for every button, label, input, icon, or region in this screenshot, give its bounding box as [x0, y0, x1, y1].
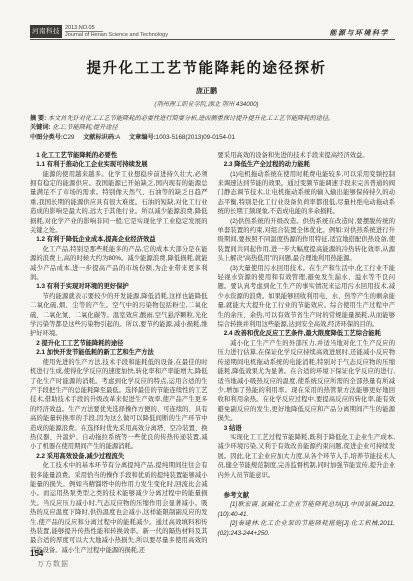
- left-column: 1 化工工艺节能降耗的必要性1.1 有利于推动化工企业实现可持续发展能源的使用越…: [30, 151, 208, 555]
- page-number: 154: [30, 549, 69, 558]
- journal-page: 河南科技 2013.NO.05 Journal of Henan Science…: [0, 0, 413, 581]
- section-heading: 2.2 采用高效设备,减少过程流失: [30, 452, 208, 461]
- journal-logo: 河南科技: [30, 25, 62, 38]
- section-heading: 1.3 有利于实现对环境的更好保护: [30, 282, 208, 291]
- paragraph: 化工产品,特别是那些耗能多的产品,它的成本大部分是在能源的浪费上,高的时候大约为…: [30, 245, 208, 283]
- doc-code-pair: 文献标识码:A: [83, 134, 120, 141]
- paragraph: 化工技术中的基本环节有分离提纯产品,提纯期间往往会有很多能量浪费。采用恰当的操作…: [30, 461, 208, 555]
- references-heading: 参考文献: [218, 491, 396, 500]
- issue-number: 2013.NO.05: [65, 25, 103, 32]
- article-author: 庞正鹏: [0, 86, 413, 96]
- section-heading: 1.1 有利于推动化工企业实现可持续发展: [30, 160, 208, 169]
- clc-value: C29: [63, 134, 74, 141]
- paragraph: 使用先进的生产方法,技术手段和能耗低的设备,在最佳的时机进行生成,使得化学反应的…: [30, 358, 208, 452]
- journal-issue-block: 2013.NO.05 Journal of Henan Science and …: [65, 25, 168, 38]
- paragraph: 能源的使用越来越多。化学工业想稳步前进持久壮大,必须拥有稳定的能源供应。我国能源…: [30, 170, 208, 236]
- section-heading: 2.1 加快开发节能低耗的新工艺和生产方法: [30, 348, 208, 357]
- classification-line: 中图分类号:C29 文献标识码:A 文章编号:1003-5168(2013)09…: [30, 133, 395, 142]
- doc-code-value: A: [116, 134, 120, 141]
- section-heading: 2.4 改善和优化反应工艺条件,最大限度降低工艺综合能耗: [218, 329, 396, 338]
- article-no-label: 文章编号:: [129, 134, 156, 141]
- paragraph: (2)供热系统的升级改造。供热系统在改造时,要摆脱传统的单套装置的约束,对组合装…: [218, 217, 396, 264]
- reference-item: [2]秦建林.化工企业泵的节能降耗措施[J].化工机械,2011,(02):24…: [218, 519, 396, 538]
- journal-header: 河南科技 2013.NO.05 Journal of Henan Science…: [30, 25, 395, 40]
- reference-item: [1]耿宏霞.氯碱化工企业节能降耗总结[J].中国氯碱,2012,(10):40…: [218, 500, 396, 519]
- page-footer: 154 万方数据: [30, 549, 69, 569]
- paragraph: 实现化工工艺过程节能降耗,既利于降低化工企业生产成本,减少环境污染,又利于有效改…: [218, 433, 396, 480]
- paragraph: 减小化工生产产生的外部压力,并适当地对化工生产反应的压力进行估算,在保证化学反应…: [218, 339, 396, 424]
- article-meta: 摘 要: 本文首先针对化工工艺节能降耗的必要性进行简要分析,进而侧重探讨提升提升…: [30, 114, 395, 142]
- article-affiliation: (荆州理工职业学院,湖北 荆州 434000): [0, 99, 413, 108]
- abstract-line: 摘 要: 本文首先针对化工工艺节能降耗的必要性进行简要分析,进而侧重探讨提升提升…: [30, 114, 395, 123]
- paragraph: (3)大量使用污水回用技术。在生产和生活中,化工行业不能轻视水资源的使用和有效管…: [218, 264, 396, 330]
- article-title: 提升化工工艺节能降耗的途径探析: [0, 57, 413, 78]
- journal-name-en: Journal of Henan Science and Technology: [65, 32, 168, 38]
- clc-pair: 中图分类号:C29: [30, 134, 74, 141]
- clc-label: 中图分类号:: [30, 134, 63, 141]
- paragraph: 节约能源就表示要较少的开发能源,降低消耗,这样也能降低二氧化硫,烟、尘等的产生。…: [30, 292, 208, 339]
- section-heading: 2.3 降低生产全过程的动力能耗: [218, 160, 396, 169]
- keywords-label: 关键词:: [30, 124, 51, 131]
- paragraph: (1)电机拖动系统在使用时耗费电能较多,可以采用变频控制来调速达到节能的效果。通…: [218, 170, 396, 217]
- doc-code-label: 文献标识码:: [83, 134, 116, 141]
- wanfang-watermark: 万方数据: [30, 559, 69, 569]
- journal-header-left: 河南科技 2013.NO.05 Journal of Henan Science…: [30, 25, 168, 38]
- right-column: 要采用高效的设备和先进的技术手段来提高经济效益。2.3 降低生产全过程的动力能耗…: [218, 151, 396, 555]
- section-heading: 1.2 有利于降低企业成本,提高企业经济效益: [30, 235, 208, 244]
- article-no-value: 1003-5168(2013)09-0154-01: [156, 134, 235, 141]
- section-heading: 2 提升化工工艺节能降耗的途径: [30, 339, 208, 348]
- abstract-label: 摘 要:: [30, 115, 46, 122]
- article-no-pair: 文章编号:1003-5168(2013)09-0154-01: [129, 134, 235, 141]
- keywords-line: 关键词: 化工;节能降耗;提升途径: [30, 123, 395, 132]
- abstract-text: 本文首先针对化工工艺节能降耗的必要性进行简要分析,进而侧重探讨提升提升化工工艺节…: [48, 115, 334, 122]
- section-heading: 1 化工工艺节能降耗的必要性: [30, 151, 208, 160]
- section-title: 能源与环境科学: [330, 28, 396, 38]
- keywords-text: 化工;节能降耗;提升途径: [52, 124, 117, 131]
- article-body: 1 化工工艺节能降耗的必要性1.1 有利于推动化工企业实现可持续发展能源的使用越…: [30, 151, 395, 555]
- paragraph: 要采用高效的设备和先进的技术手段来提高经济效益。: [218, 151, 396, 160]
- section-heading: 3 结语: [218, 424, 396, 433]
